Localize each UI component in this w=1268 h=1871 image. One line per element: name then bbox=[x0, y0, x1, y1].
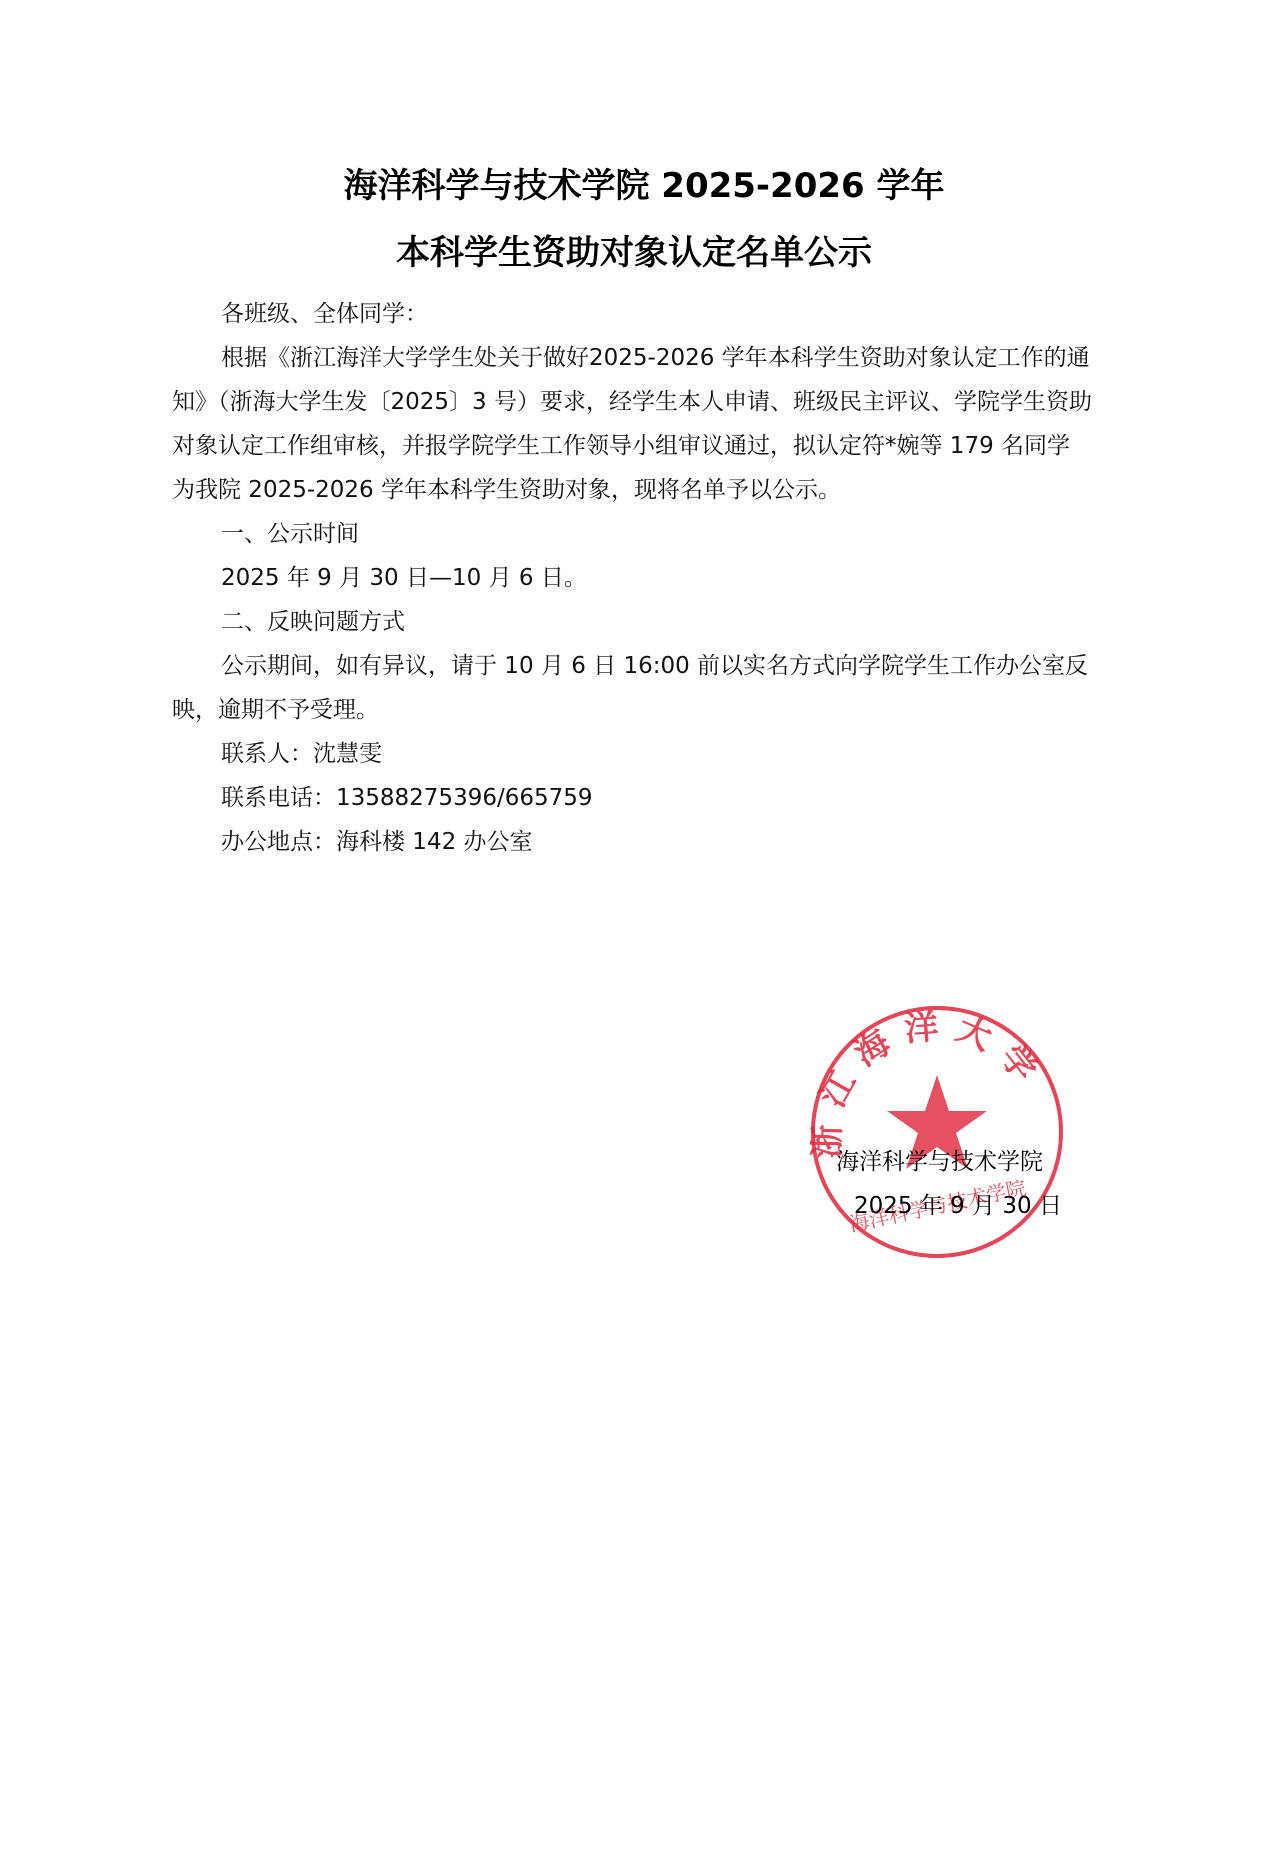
document-title-line-1: 海洋科学与技术学院 2025-2026 学年 bbox=[0, 158, 1268, 207]
contact-phone: 联系电话：13588275396/665759 bbox=[172, 776, 1092, 820]
office-location: 办公地点：海科楼 142 办公室 bbox=[172, 820, 1092, 864]
intro-paragraph: 根据《浙江海洋大学学生处关于做好2025-2026 学年本科学生资助对象认定工作… bbox=[172, 336, 1092, 512]
signature-date: 2025 年 9 月 30 日 bbox=[836, 1184, 1062, 1228]
salutation: 各班级、全体同学： bbox=[172, 292, 1092, 336]
section-1-text: 2025 年 9 月 30 日—10 月 6 日。 bbox=[172, 556, 1092, 600]
section-2-text: 公示期间，如有异议，请于 10 月 6 日 16:00 前以实名方式向学院学生工… bbox=[172, 644, 1092, 732]
signature-organization: 海洋科学与技术学院 bbox=[836, 1140, 1062, 1184]
section-1-heading: 一、公示时间 bbox=[172, 512, 1092, 556]
contact-person: 联系人：沈慧雯 bbox=[172, 732, 1092, 776]
document-title-line-2: 本科学生资助对象认定名单公示 bbox=[0, 225, 1268, 274]
signature-block: 海洋科学与技术学院 2025 年 9 月 30 日 bbox=[836, 1140, 1062, 1228]
document-body: 各班级、全体同学： 根据《浙江海洋大学学生处关于做好2025-2026 学年本科… bbox=[172, 292, 1092, 864]
section-2-heading: 二、反映问题方式 bbox=[172, 600, 1092, 644]
